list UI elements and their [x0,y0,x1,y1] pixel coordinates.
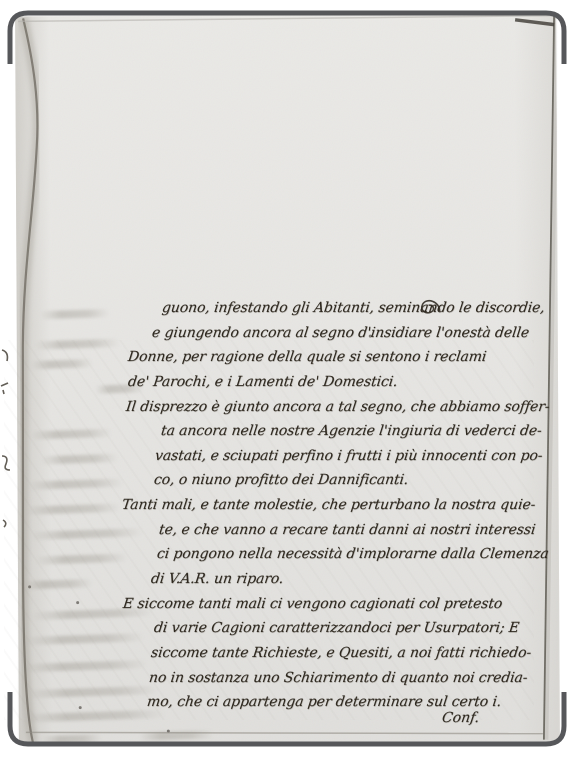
catchword: Conf. [441,710,481,726]
ink-speck [167,730,170,733]
manuscript-text: guono, infestando gli Abitanti, seminand… [120,296,552,715]
manuscript-line: guono, infestando gli Abitanti, seminand… [160,296,553,321]
manuscript-line: ta ancora nelle nostre Agenzie l'ingiuri… [159,419,553,444]
manuscript-line: te, e che vanno a recare tanti danni ai … [157,518,553,543]
manuscript-line: Donne, per ragione della quale si senton… [126,345,553,370]
manuscript-line: Il disprezzo è giunto ancora a tal segno… [124,395,553,420]
manuscript-line: mo, che ci appartenga per determinare su… [145,690,553,715]
paragraph: guono, infestando gli Abitanti, seminand… [120,296,552,395]
ghost-line [42,734,102,744]
bottom-edge-line [26,730,543,737]
manuscript-line: E siccome tanti mali ci vengono cagionat… [121,592,553,617]
manuscript-line: ci pongono nella necessità d'implorarne … [155,542,553,567]
manuscript-line: siccome tante Richieste, e Quesiti, a no… [149,641,553,666]
corner-fold-streak [515,20,554,25]
paragraph: E siccome tanti mali ci vengono cagionat… [120,592,552,715]
ghost-line [40,309,110,319]
top-edge-line [18,16,554,22]
paragraph: Tanti mali, e tante molestie, che pertur… [120,493,552,592]
manuscript-line: co, o niuno profitto dei Dannificanti. [152,468,553,493]
manuscript-line: vastati, e sciupati perfino i frutti i p… [153,444,553,469]
manuscript-line: de' Parochi, e i Lamenti de' Domestici. [126,370,553,395]
manuscript-line: e giungendo ancora al segno d'insidiare … [150,321,553,346]
manuscript-line: no in sostanza uno Schiarimento di quant… [147,666,553,691]
manuscript-line: Tanti mali, e tante molestie, che pertur… [120,493,553,518]
manuscript-line: di V.A.R. un riparo. [149,567,553,592]
scan-viewer: guono, infestando gli Abitanti, seminand… [0,0,574,760]
ghost-line [139,730,214,740]
ghost-lines [15,14,556,17]
manuscript-line: di varie Cagioni caratterizzandoci per U… [152,616,553,641]
paragraph: Il disprezzo è giunto ancora a tal segno… [120,395,552,494]
